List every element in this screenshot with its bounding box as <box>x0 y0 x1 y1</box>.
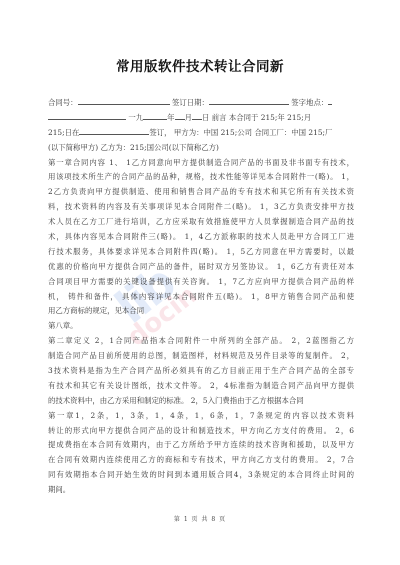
body-line: 第一章合同内容 1、 1乙方同意向甲方提供制造合同产品的书面及非书面专有技术， <box>48 156 354 171</box>
header-line-1: 合同号： 签订日期： 签字地点： <box>48 96 354 111</box>
body-line: 第二章定义 2，1合同产品指本合同附件一中所列的全部产品。 2，2蓝图指乙方 <box>48 334 354 349</box>
document-title: 常用版软件技术转让合同新 <box>0 55 400 75</box>
line3-end: 签订， 甲方为：中国 215;公司 合同工厂：中国 215;厂 <box>149 128 332 137</box>
year-blank <box>143 111 167 120</box>
body-line: 2乙方负责向甲方提供制造、使用和销售合同产品的专有技术和其它所有有关技术资 <box>48 185 354 200</box>
header-line-3: 215;日在签订， 甲方为：中国 215;公司 合同工厂：中国 215;厂 <box>48 126 354 141</box>
preface-text: 前言 本合同于 215;年 215;月 <box>212 113 311 122</box>
year-prefix: 一九 <box>128 113 143 122</box>
sign-place-label: 签字地点： <box>291 98 328 107</box>
document-body: 合同号： 签订日期： 签字地点： 一九年月日 前言 本合同于 215;年 215… <box>48 96 354 498</box>
document-page: lib docin 常用版软件技术转让合同新 合同号： 签订日期： 签字地点： … <box>0 0 400 565</box>
body-line: 机， 铸件和备件， 具体内容详见本合同附件五(略)。 1，8甲方销售合同产品和使 <box>48 290 354 305</box>
sign-place-blank <box>328 96 332 105</box>
body-line: 用乙方商标的规定，见本合同 <box>48 304 354 319</box>
sign-location-blank <box>79 126 149 135</box>
year-label: 年 <box>167 113 174 122</box>
body-line: 提成费指在本合同有效期内，由于乙方所给予甲方连续的技术咨询和援助，以及甲方 <box>48 438 354 453</box>
body-line: 制造合同产品目前所使用的总图，制造图样，材料规范及另件目录等的复制件。 2， <box>48 349 354 364</box>
line3-start: 215;日在 <box>48 128 79 137</box>
body-line: 第一章1，2条，1，3条，1，4条，1，6条，1，7条规定的内容以技术资料 <box>48 409 354 424</box>
header-line-2: 一九年月日 前言 本合同于 215;年 215;月 <box>48 111 354 126</box>
body-line: 合同项目甲方需要的关键设备提供有关咨询。 1，7乙方应向甲方提供合同产品的样 <box>48 275 354 290</box>
body-line: 优惠的价格向甲方提供合同产品的备件，届时双方另签协议。 1，6乙方有责任对本 <box>48 260 354 275</box>
sign-date-label: 签订日期： <box>172 98 209 107</box>
chapter-heading: 第八章。 <box>48 319 354 334</box>
body-line: 3技术资料是指为生产合同产品所必须具有的乙方目前正用于生产合同产品的全部专 <box>48 364 354 379</box>
month-blank <box>175 111 185 120</box>
body-line: 行技术服务，具体要求详见本合同附件四(略)。 1，5乙方同意在甲方需要时，以最 <box>48 245 354 260</box>
place-blank <box>48 111 126 120</box>
page-footer: 第 1 页 共 8 页 <box>0 514 400 523</box>
body-line: 在合同有效期内连续使用乙方的商标和专有技术，甲方向乙方支付的费用。 2，7合 <box>48 453 354 468</box>
body-line: 用该项技术所生产的合同产品的品种，规格，技术性能等详见本合同附件一(略)。 1， <box>48 170 354 185</box>
body-line: 期间。 <box>48 483 354 498</box>
header-line-4: (以下简称甲方) 乙方为：215;国公司(以下简称乙方) <box>48 141 354 156</box>
month-label: 月 <box>185 113 192 122</box>
contract-no-blank <box>78 96 170 105</box>
day-blank <box>192 111 202 120</box>
body-line: 同有效期指本合同开始生效的时间到本通用版合同4，3条规定的本合同终止时间的 <box>48 468 354 483</box>
body-line: 术，具体内容见本合同附件三(略)。 1，4乙方派称职的技术人员赴甲方合同工厂进 <box>48 230 354 245</box>
contract-no-label: 合同号： <box>48 98 78 107</box>
body-line: 转让的形式向甲方提供合同产品的设计和制造技术，甲方向乙方支付的费用。 2，6 <box>48 424 354 439</box>
sign-date-blank <box>209 96 289 105</box>
body-line: 术人员在乙方工厂进行培训，乙方应采取有效措施使甲方人员掌握制造合同产品的技 <box>48 215 354 230</box>
body-line: 的技术资料中，由乙方采用和制定的标准。 2，5入门费指由于乙方根据本合同 <box>48 394 354 409</box>
day-label: 日 <box>202 113 209 122</box>
body-line: 料，技术资料的内容及有关事项详见本合同附件二(略)。 1，3乙方负责安排甲方技 <box>48 200 354 215</box>
body-line: 有技术和其它有关设计图纸，技术文件等。 2，4标准指为制造合同产品向甲方提供 <box>48 379 354 394</box>
